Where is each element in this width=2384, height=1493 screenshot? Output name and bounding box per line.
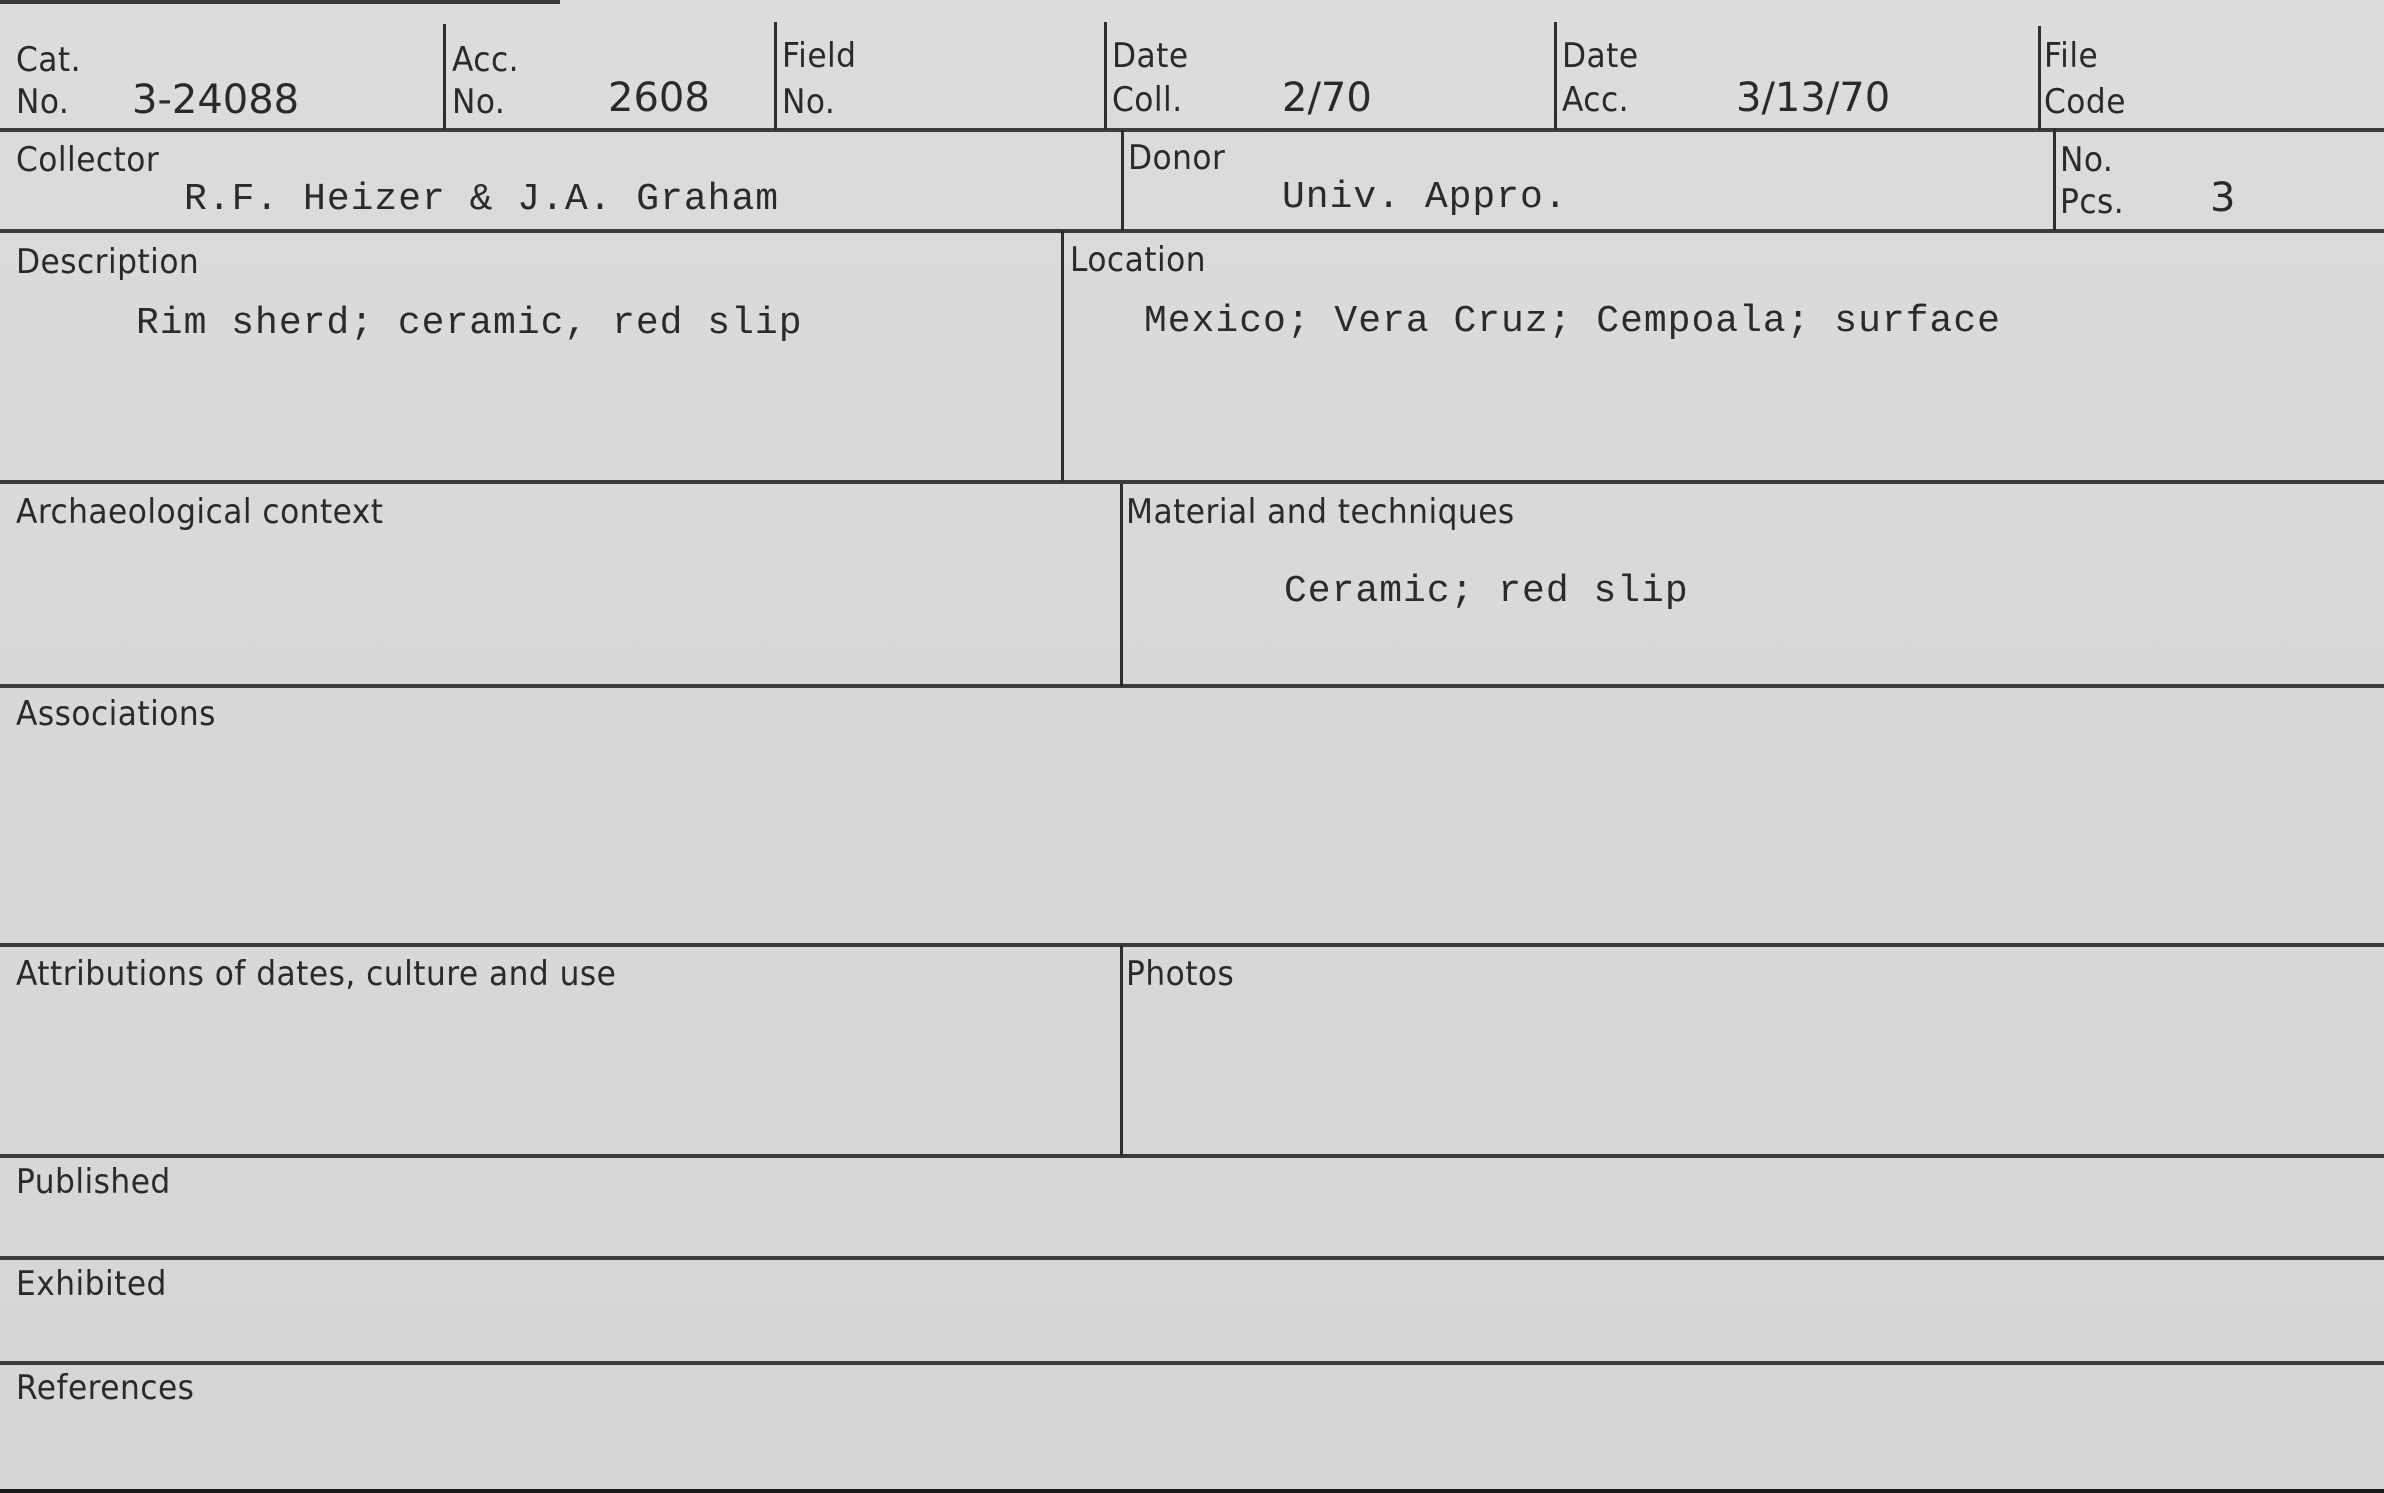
rule-exhibited-bottom (0, 1361, 2384, 1365)
cat-label-line2: No. (16, 80, 69, 124)
material-label: Material and techniques (1126, 490, 1515, 534)
date-acc-label-line2: Acc. (1562, 78, 1629, 122)
rule-description-bottom (0, 480, 2384, 484)
donor-label: Donor (1128, 136, 1225, 180)
attributions-label: Attributions of dates, culture and use (16, 952, 616, 996)
file-code-label-line1: File (2044, 34, 2098, 78)
associations-label: Associations (16, 692, 216, 736)
description-label: Description (16, 240, 199, 284)
no-pcs-label-line2: Pcs. (2060, 180, 2124, 224)
acc-label-line1: Acc. (452, 38, 519, 82)
date-acc-label-line1: Date (1562, 34, 1639, 78)
cat-no-value: 3-24088 (132, 78, 299, 122)
rule-associations-bottom (0, 943, 2384, 947)
exhibited-label: Exhibited (16, 1262, 167, 1306)
rule-context-bottom (0, 684, 2384, 688)
card-top-edge (0, 0, 560, 4)
no-pcs-value: 3 (2210, 176, 2235, 220)
rule-published-bottom (0, 1256, 2384, 1260)
location-value: Mexico; Vera Cruz; Cempoala; surface (1144, 300, 2001, 344)
rule-attributions-bottom (0, 1154, 2384, 1158)
published-label: Published (16, 1160, 171, 1204)
location-label: Location (1070, 238, 1206, 282)
divider-donor-pcs (2053, 128, 2056, 231)
donor-value: Univ. Appro. (1282, 176, 1568, 220)
divider-description-location (1061, 231, 1064, 482)
file-code-label-line2: Code (2044, 80, 2126, 124)
material-value: Ceramic; red slip (1284, 570, 1689, 614)
cat-label-line1: Cat. (16, 38, 81, 82)
catalog-card: Cat. No. 3-24088 Acc. No. 2608 Field No.… (0, 0, 2384, 1493)
divider-field-datecoll (1104, 22, 1107, 130)
date-coll-label-line2: Coll. (1112, 78, 1183, 122)
rule-header-bottom (0, 128, 2384, 132)
divider-attributions-photos (1120, 945, 1123, 1156)
date-coll-label-line1: Date (1112, 34, 1189, 78)
field-label-line2: No. (782, 80, 835, 124)
divider-context-material (1120, 484, 1123, 686)
description-value: Rim sherd; ceramic, red slip (136, 302, 803, 346)
card-bottom-edge (0, 1489, 2384, 1493)
photos-label: Photos (1126, 952, 1234, 996)
no-pcs-label-line1: No. (2060, 138, 2113, 182)
divider-collector-donor (1121, 130, 1124, 231)
divider-dateacc-filecode (2038, 26, 2041, 130)
acc-no-value: 2608 (608, 76, 710, 120)
divider-cat-acc (443, 24, 446, 130)
divider-datecoll-dateacc (1554, 22, 1557, 130)
date-coll-value: 2/70 (1282, 76, 1372, 120)
collector-value: R.F. Heizer & J.A. Graham (184, 178, 779, 222)
divider-acc-field (774, 22, 777, 130)
rule-collector-bottom (0, 229, 2384, 233)
references-label: References (16, 1366, 194, 1410)
collector-label: Collector (16, 138, 159, 182)
archaeological-context-label: Archaeological context (16, 490, 384, 534)
date-acc-value: 3/13/70 (1736, 76, 1890, 120)
field-label-line1: Field (782, 34, 857, 78)
acc-label-line2: No. (452, 80, 505, 124)
